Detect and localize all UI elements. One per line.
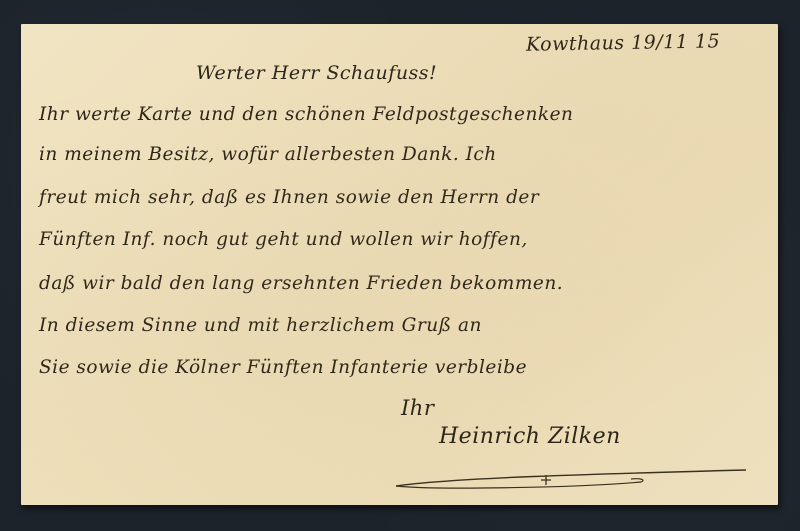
closing: Ihr (401, 396, 434, 420)
letter-line: Sie sowie die Kölner Fünften Infanterie … (39, 357, 527, 378)
letter-line: In diesem Sinne und mit herzlichem Gruß … (39, 315, 482, 336)
letter-line: Ihr werte Karte und den schönen Feldpost… (39, 104, 573, 125)
letter-line: daß wir bald den lang ersehnten Frieden … (39, 273, 563, 294)
postcard: Kowthaus 19/11 15 Werter Herr Schaufuss!… (21, 24, 778, 505)
letter-line: Fünften Inf. noch gut geht und wollen wi… (39, 229, 528, 250)
place-date: Kowthaus 19/11 15 (526, 30, 720, 55)
signature-flourish-icon (391, 464, 751, 494)
salutation: Werter Herr Schaufuss! (196, 62, 437, 84)
letter-line: freut mich sehr, daß es Ihnen sowie den … (39, 187, 539, 208)
letter-line: in meinem Besitz, wofür allerbesten Dank… (39, 144, 497, 165)
signature: Heinrich Zilken (439, 424, 621, 449)
